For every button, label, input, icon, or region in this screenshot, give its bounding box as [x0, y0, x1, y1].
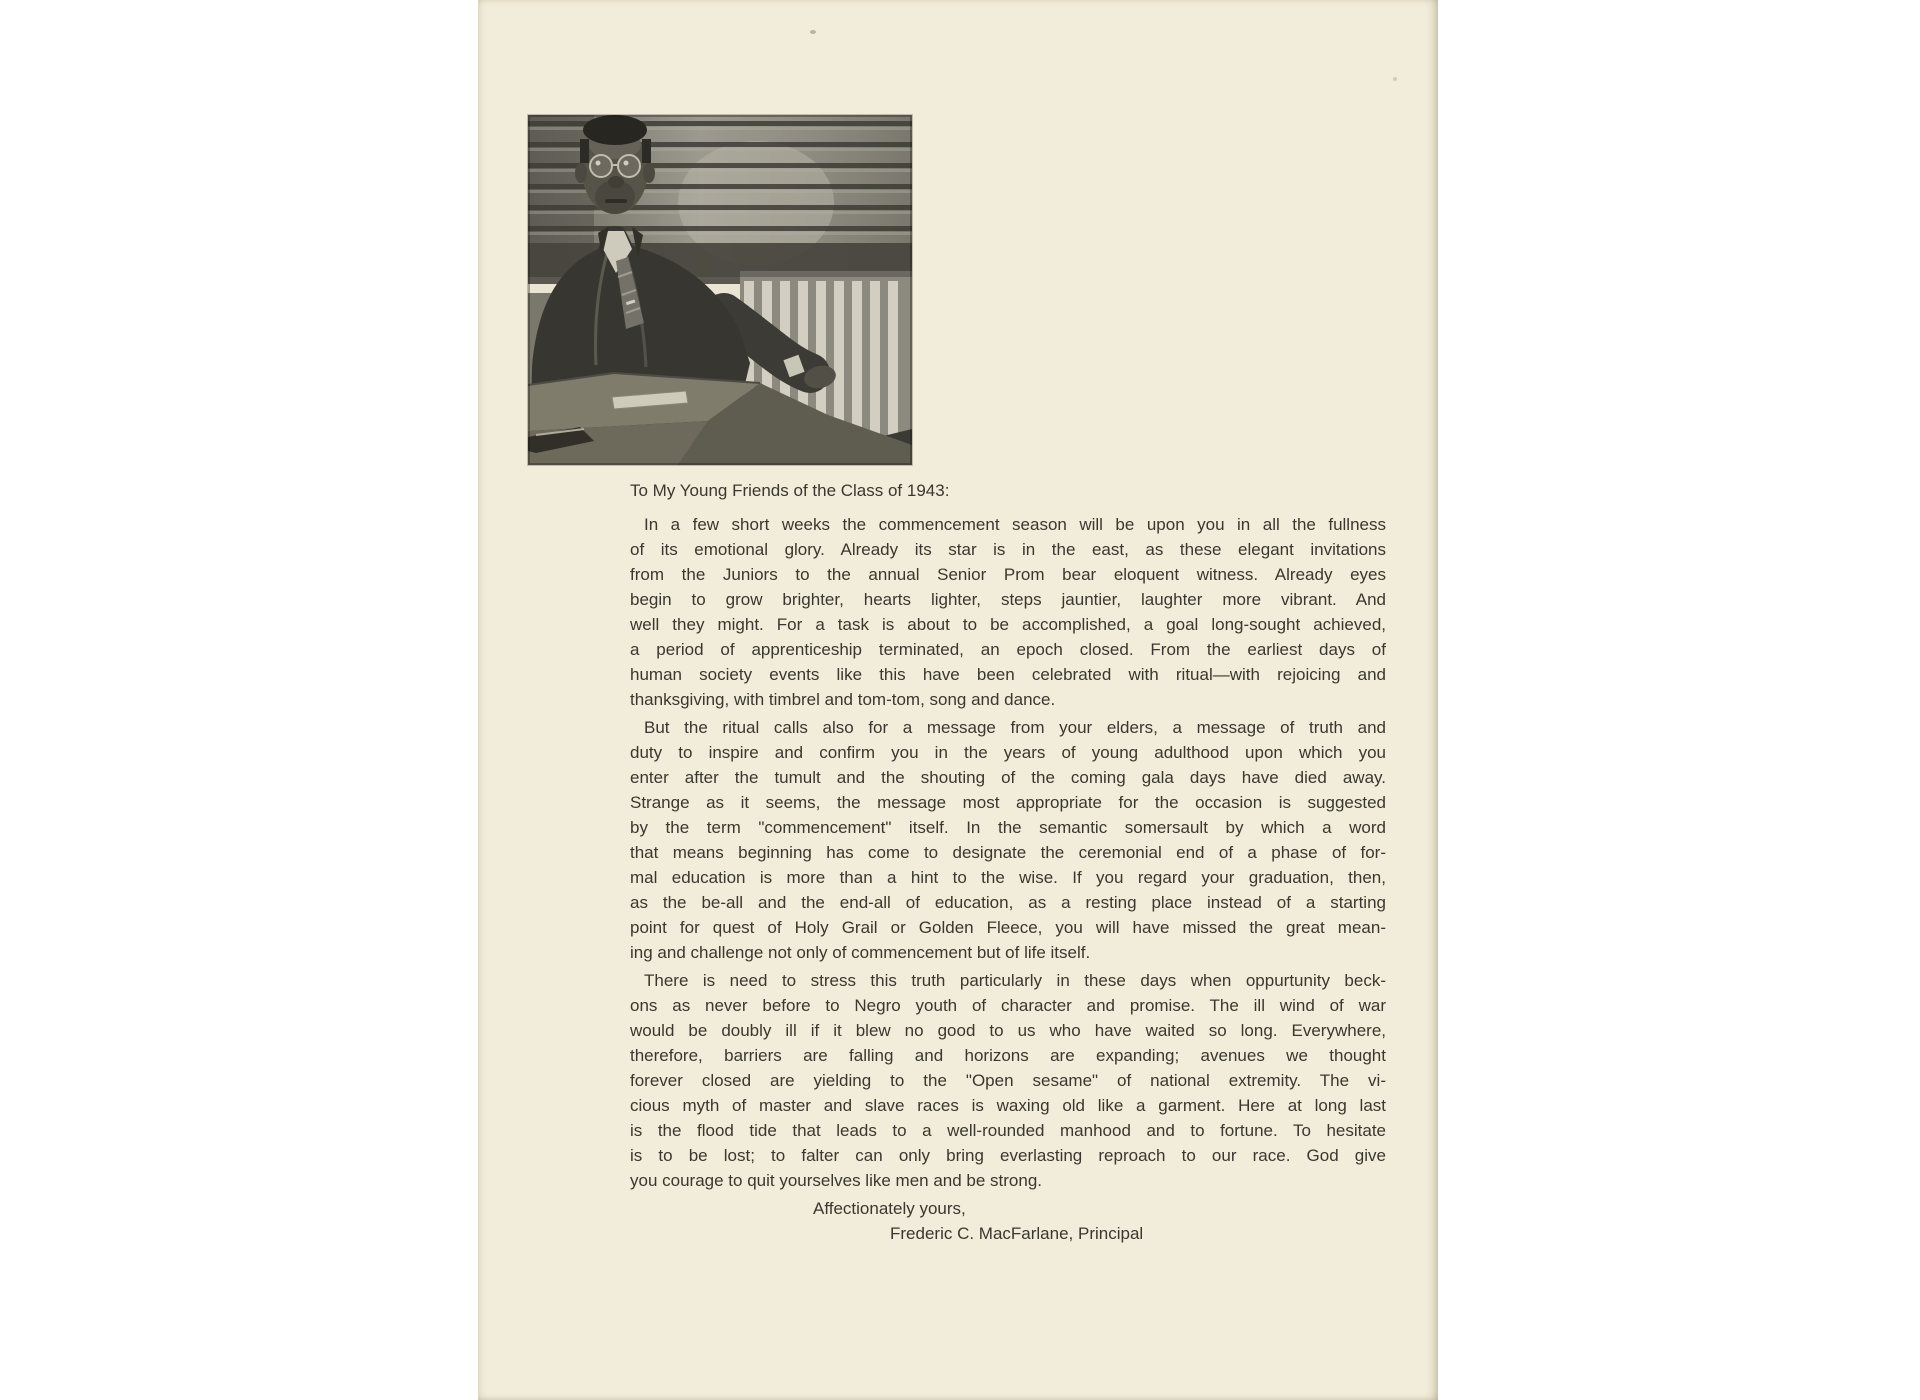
letter-line: of its emotional glory. Already its star…	[630, 537, 1386, 562]
letter-body: To My Young Friends of the Class of 1943…	[630, 478, 1386, 1246]
principal-photo	[528, 115, 912, 465]
letter-line: as the be-all and the end-all of educati…	[630, 890, 1386, 915]
letter-paragraph: But the ritual calls also for a message …	[630, 715, 1386, 965]
letter-line: thanksgiving, with timbrel and tom-tom, …	[630, 687, 1386, 712]
signature: Frederic C. MacFarlane, Principal	[890, 1221, 1386, 1246]
letter-line: Strange as it seems, the message most ap…	[630, 790, 1386, 815]
letter-line: from the Juniors to the annual Senior Pr…	[630, 562, 1386, 587]
closing: Affectionately yours,	[813, 1196, 1386, 1221]
principal-photo-illustration	[528, 115, 912, 465]
paper-speck	[810, 30, 816, 34]
letter-line: that means beginning has come to designa…	[630, 840, 1386, 865]
paper-speck	[1393, 77, 1397, 81]
letter-line: mal education is more than a hint to the…	[630, 865, 1386, 890]
letter-line: ing and challenge not only of commenceme…	[630, 940, 1386, 965]
letter-line: duty to inspire and confirm you in the y…	[630, 740, 1386, 765]
letter-paragraph: There is need to stress this truth parti…	[630, 968, 1386, 1193]
salutation: To My Young Friends of the Class of 1943…	[630, 478, 1386, 503]
letter-paragraphs: In a few short weeks the commencement se…	[630, 512, 1386, 1193]
scan-background: To My Young Friends of the Class of 1943…	[0, 0, 1920, 1400]
letter-line: forever closed are yielding to the "Open…	[630, 1068, 1386, 1093]
letter-line: point for quest of Holy Grail or Golden …	[630, 915, 1386, 940]
letter-line: therefore, barriers are falling and hori…	[630, 1043, 1386, 1068]
letter-line: you courage to quit yourselves like men …	[630, 1168, 1386, 1193]
letter-line: cious myth of master and slave races is …	[630, 1093, 1386, 1118]
letter-line: human society events like this have been…	[630, 662, 1386, 687]
letter-line: well they might. For a task is about to …	[630, 612, 1386, 637]
letter-line: is to be lost; to falter can only bring …	[630, 1143, 1386, 1168]
letter-line: a period of apprenticeship terminated, a…	[630, 637, 1386, 662]
letter-line: begin to grow brighter, hearts lighter, …	[630, 587, 1386, 612]
letter-line: But the ritual calls also for a message …	[630, 715, 1386, 740]
letter-line: ons as never before to Negro youth of ch…	[630, 993, 1386, 1018]
letter-line: enter after the tumult and the shouting …	[630, 765, 1386, 790]
letter-line: There is need to stress this truth parti…	[630, 968, 1386, 993]
letter-line: would be doubly ill if it blew no good t…	[630, 1018, 1386, 1043]
letter-line: is the flood tide that leads to a well-r…	[630, 1118, 1386, 1143]
letter-paragraph: In a few short weeks the commencement se…	[630, 512, 1386, 712]
letter-page: To My Young Friends of the Class of 1943…	[478, 0, 1438, 1400]
letter-line: by the term "commencement" itself. In th…	[630, 815, 1386, 840]
letter-line: In a few short weeks the commencement se…	[630, 512, 1386, 537]
